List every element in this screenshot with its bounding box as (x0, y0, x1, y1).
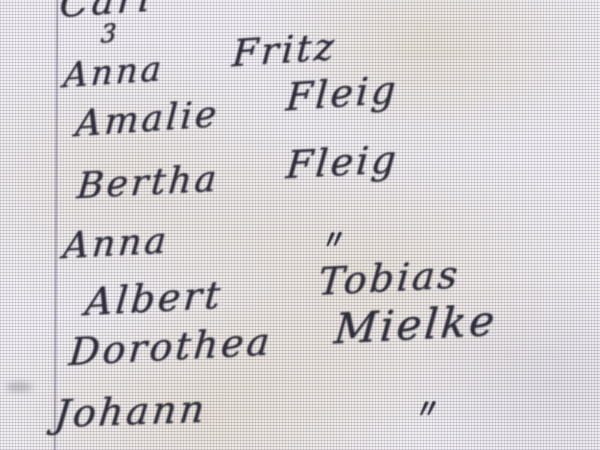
handwritten-given-name: Anna (62, 49, 165, 96)
handwritten-given-name: Amalie (74, 94, 220, 145)
handwritten-given-name: Anna (61, 220, 170, 267)
handwritten-surname: Schäkler (224, 0, 416, 7)
handwritten-numeral: 3 (100, 18, 120, 49)
handwritten-given-name: Dorothea (67, 319, 274, 374)
handwritten-surname: Tobias (316, 252, 462, 304)
ditto-mark: 〃 (319, 219, 348, 258)
handwritten-surname: Fritz (231, 25, 338, 76)
handwritten-surname: Fleig (284, 67, 399, 119)
ditto-mark: 〃 (413, 388, 443, 426)
handwritten-given-name: Johann (52, 387, 209, 437)
column-rule-line (54, 0, 58, 450)
handwritten-surname: Mielke (332, 295, 499, 353)
handwritten-given-name: Albert (83, 273, 225, 324)
handwritten-surname: Fleig (284, 137, 400, 187)
register-page: Carl Schäkler 3 Anna Fritz Amalie Fleig … (0, 0, 600, 450)
ink-smudge (6, 382, 32, 392)
handwritten-given-name: Bertha (75, 158, 221, 207)
